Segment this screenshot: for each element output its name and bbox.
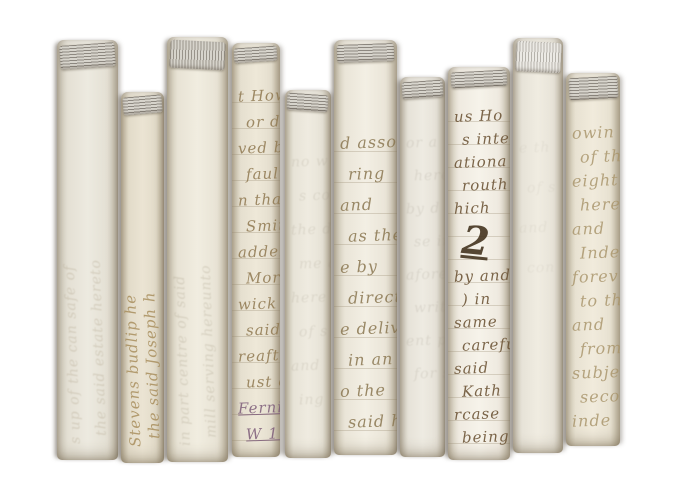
script-line: of s	[294, 314, 329, 349]
script-line: Kath	[458, 379, 509, 404]
script-line: or a	[401, 126, 443, 160]
script-line: of thi	[576, 144, 619, 169]
handwriting-script: or ahereoby dse inaforewritent pfor s	[402, 127, 443, 391]
script-line: said	[450, 356, 509, 381]
script-line: eight	[568, 168, 619, 194]
script-line: and	[286, 348, 329, 383]
script-line: of s	[522, 167, 561, 208]
script-line: s co	[294, 178, 329, 213]
script-line: or dan	[242, 108, 279, 135]
script-line: s inte	[458, 127, 509, 152]
script-line: ust o	[242, 368, 279, 395]
script-line: being	[458, 425, 509, 450]
script-line: hereo	[409, 159, 443, 193]
page-edges-top	[122, 94, 162, 115]
handwriting-script: no ws cothe dme ahereof sanding	[287, 145, 329, 417]
script-line: reafter	[234, 342, 279, 370]
script-line: W 111	[242, 420, 279, 447]
script-line: herec	[576, 192, 619, 217]
script-line: ing	[294, 382, 329, 417]
script-line: fault	[242, 160, 279, 187]
script-line: said	[242, 316, 279, 343]
script-line: directio	[343, 281, 395, 314]
page-edges-top	[169, 40, 225, 71]
handwriting-script: e thof sandcon	[515, 128, 561, 288]
script-line: routh	[458, 173, 509, 198]
handwriting-script: us Hos inteationarouthhich2by and) insam…	[450, 105, 508, 449]
script-line: by d	[401, 192, 443, 226]
page-edges-top	[234, 46, 278, 64]
script-line: owin	[568, 120, 619, 146]
script-line: ationa	[450, 150, 509, 175]
decorative-books-photo: s up of the can safe ofthe said estate h…	[0, 0, 690, 492]
page-edges-top	[287, 93, 329, 113]
script-line: ent p	[401, 324, 443, 358]
handwriting-script: d assoringandas thee bydirectioe delivei…	[336, 127, 395, 437]
handwriting-script: Stevens budlip hethe said Joseph h	[121, 126, 164, 459]
script-line: and	[568, 216, 619, 242]
script-line: t How	[234, 82, 279, 110]
book-5: no ws cothe dme ahereof sanding	[285, 90, 331, 458]
page-edges-top	[337, 43, 394, 63]
script-line: Smith	[242, 212, 279, 239]
handwriting-script: t Howor danved bfaultn thaSmithaddeleaMo…	[234, 83, 278, 447]
script-line: 2	[456, 218, 510, 268]
script-line: as the	[343, 219, 395, 252]
script-line: d asso	[335, 126, 395, 159]
script-line: Mortga	[242, 264, 279, 291]
script-line: ) in	[458, 287, 509, 312]
script-line: and	[568, 312, 619, 338]
script-line: subje	[568, 360, 619, 386]
book-6: d assoringandas thee bydirectioe delivei…	[334, 40, 397, 455]
script-line: rcase	[450, 402, 509, 427]
script-line: se in	[409, 225, 443, 259]
script-line: no w	[286, 144, 329, 179]
script-line: e by	[335, 250, 395, 283]
book-8: us Hos inteationarouthhich2by and) insam…	[448, 67, 510, 460]
script-line: e th	[514, 127, 561, 169]
script-line: ved b	[234, 134, 279, 162]
page-edges-top	[59, 42, 115, 70]
script-line: carefu	[458, 333, 509, 358]
script-line: forev	[568, 264, 619, 290]
script-line: in an	[343, 343, 395, 376]
page-edges-top	[451, 70, 508, 89]
book-2: Stevens budlip hethe said Joseph h	[121, 92, 164, 463]
script-line: e delive	[335, 312, 395, 345]
script-line: inde	[568, 408, 619, 434]
script-line: me a	[294, 246, 329, 281]
script-line: Ferni	[234, 394, 279, 422]
script-line: afore	[401, 258, 443, 292]
script-line: said ho	[343, 405, 395, 438]
handwriting-script: owinof thieightherecandIndeforevto thean…	[568, 121, 618, 433]
book-10: owinof thieightherecandIndeforevto thean…	[566, 73, 620, 446]
script-line: Inde	[576, 240, 619, 265]
handwriting-script: in part centre of saidmill serving hereu…	[167, 107, 228, 458]
book-4: t Howor danved bfaultn thaSmithaddeleaMo…	[232, 43, 280, 457]
page-edges-top	[568, 76, 618, 101]
script-line: and	[335, 188, 395, 221]
book-9: e thof sandcon	[513, 38, 563, 453]
script-line: con	[522, 247, 561, 288]
handwriting-script: s up of the can safe ofthe said estate h…	[57, 100, 118, 456]
page-edges-top	[515, 41, 562, 73]
script-line: us Ho	[450, 104, 509, 129]
book-1: s up of the can safe ofthe said estate h…	[57, 40, 118, 460]
script-line: ring	[343, 157, 395, 190]
script-line: here	[286, 280, 329, 315]
book-7: or ahereoby dse inaforewritent pfor s	[400, 77, 445, 457]
script-line: the d	[286, 212, 329, 247]
script-line: wick Sc	[234, 290, 279, 318]
script-line: by and	[450, 264, 509, 289]
script-line: secon	[576, 384, 619, 409]
page-edges-top	[402, 80, 444, 100]
script-line: same	[450, 310, 509, 335]
script-line: from	[576, 336, 619, 361]
script-line: for s	[409, 357, 443, 391]
script-line: to the	[576, 288, 619, 313]
book-3: in part centre of saidmill serving hereu…	[167, 37, 228, 462]
script-line: addelea	[234, 238, 279, 266]
script-line: o the	[335, 374, 395, 407]
script-line: hich	[450, 196, 509, 221]
script-line: and	[514, 207, 561, 249]
script-line: n tha	[234, 186, 279, 214]
script-line: writ	[409, 291, 443, 325]
